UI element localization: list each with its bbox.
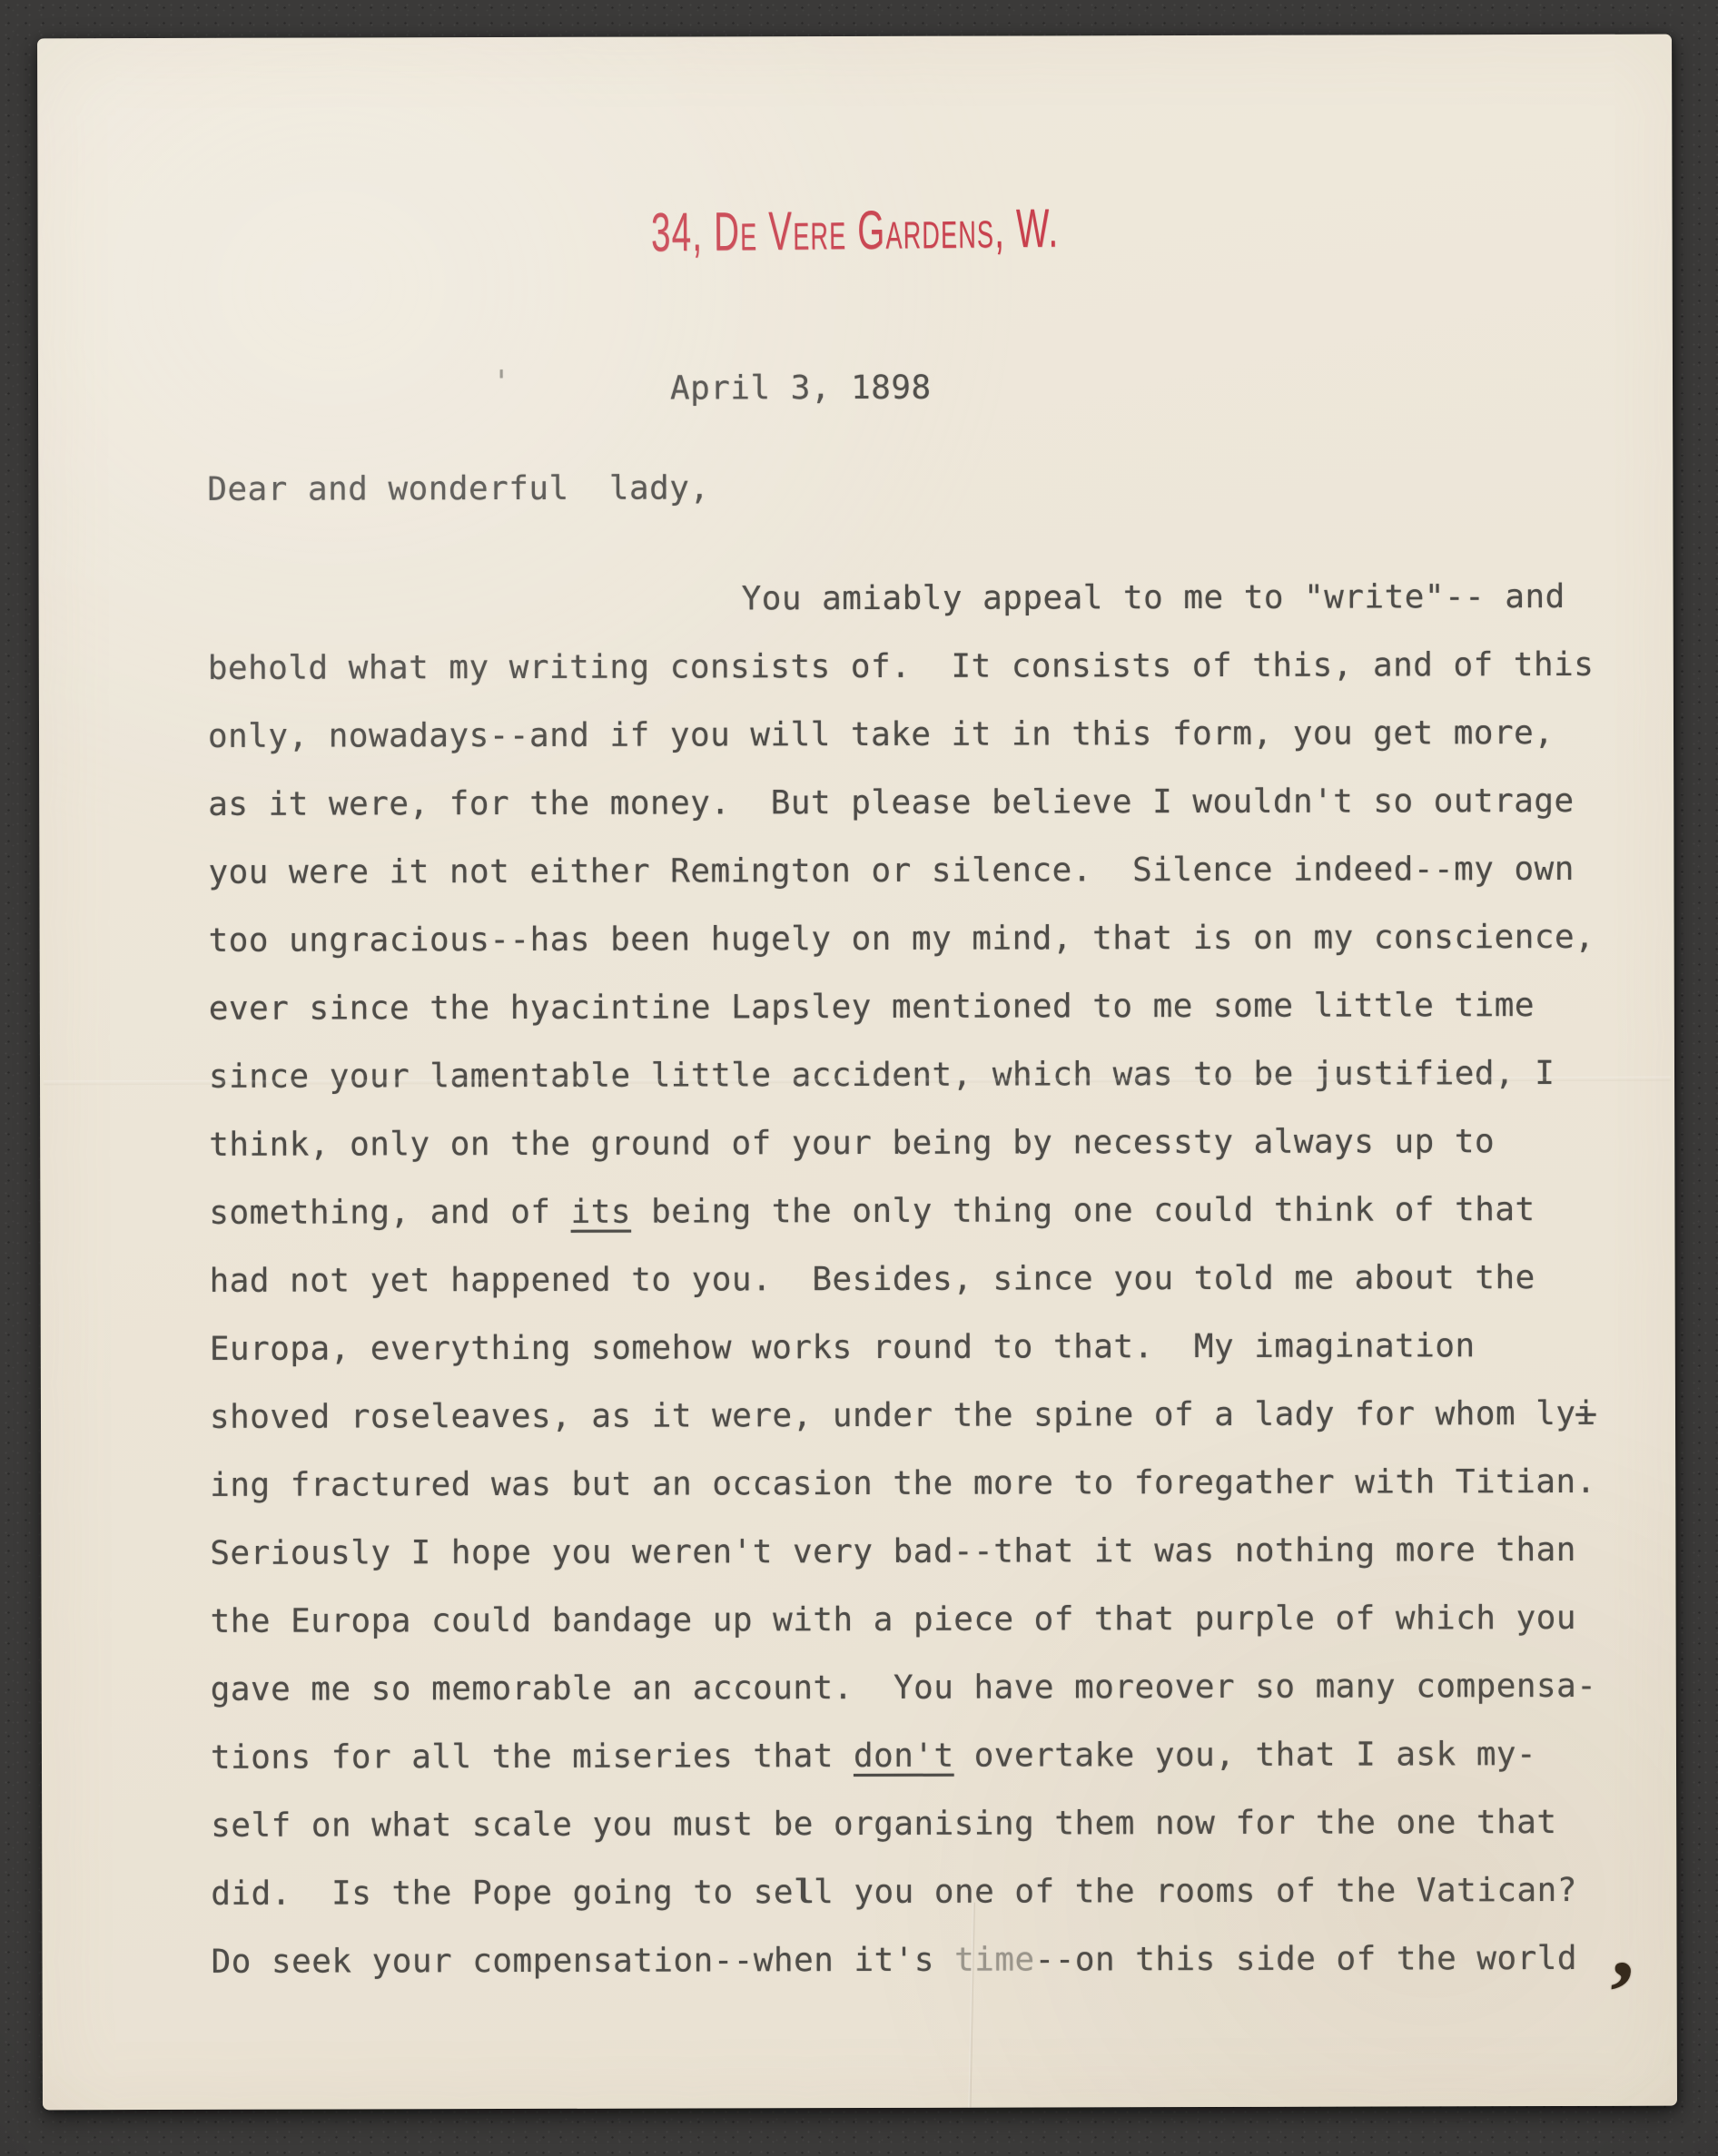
letter-text: Europa, everything somehow works round t… (210, 1327, 1476, 1368)
letter-text: since your lamentable little accident, w… (209, 1055, 1555, 1096)
letter-text: l you one of the rooms of the Vatican? (814, 1872, 1577, 1911)
letter-line: ever since the hyacintine Lapsley mentio… (209, 971, 1671, 1043)
letter-line: you were it not either Remington or sile… (208, 835, 1670, 907)
letter-line: too ungracious--has been hugely on my mi… (209, 903, 1671, 975)
letter-text: Seriously I hope you weren't very bad--t… (210, 1531, 1576, 1572)
letter-line: did. Is the Pope going to sell you one o… (211, 1856, 1673, 1928)
letter-text: as it were, for the money. But please be… (208, 783, 1575, 823)
letter-line: had not yet happened to you. Besides, si… (210, 1244, 1672, 1315)
letter-text: overtake you, that I ask my- (954, 1736, 1537, 1775)
letter-line: Do seek your compensation--when it's tim… (211, 1925, 1673, 1996)
letter-text: --on this side of the world (1035, 1940, 1577, 1979)
stray-ink-mark: ' (492, 364, 511, 400)
letter-body: You amiably appeal to me to "write"-- an… (208, 563, 1674, 1996)
letter-paper: 34, De Vere Gardens, W. ' April 3, 1898 … (37, 34, 1677, 2111)
letterhead-row: 34, De Vere Gardens, W. (37, 199, 1672, 277)
letter-scan: { "colors": { "background": "#3b3a39", "… (0, 0, 1718, 2156)
letter-text: You amiably appeal to me to "write"-- an… (742, 578, 1565, 617)
letter-text: ing fractured was but an occasion the mo… (210, 1463, 1596, 1504)
letter-date: April 3, 1898 (670, 354, 932, 423)
letter-salutation: Dear and wonderful lady, (207, 454, 709, 523)
letter-text: think, only on the ground of your being … (209, 1123, 1495, 1164)
letter-text-u: its (571, 1194, 631, 1231)
letterhead-address: 34, De Vere Gardens, W. (651, 199, 1060, 263)
letter-text: ever since the hyacintine Lapsley mentio… (209, 987, 1535, 1028)
letter-text: had not yet happened to you. Besides, si… (210, 1259, 1535, 1300)
letter-text: too ungracious--has been hugely on my mi… (209, 919, 1595, 960)
letter-line: behold what my writing consists of. It c… (208, 631, 1670, 703)
letter-text: gave me so memorable an account. You hav… (211, 1668, 1597, 1708)
letter-text: tions for all the miseries that (211, 1738, 854, 1777)
letter-line: the Europa could bandage up with a piece… (210, 1584, 1672, 1656)
letter-line: think, only on the ground of your being … (209, 1108, 1671, 1179)
letter-text: self on what scale you must be organisin… (211, 1804, 1556, 1845)
letter-text: did. Is the Pope going to se (211, 1874, 794, 1913)
letter-line: tions for all the miseries that don't ov… (211, 1720, 1673, 1792)
letter-line: shoved roseleaves, as it were, under the… (210, 1380, 1672, 1452)
letter-text: behold what my writing consists of. It c… (208, 646, 1595, 687)
letter-line: gave me so memorable an account. You hav… (211, 1652, 1673, 1724)
letter-line: since your lamentable little accident, w… (209, 1039, 1671, 1111)
letter-line: ing fractured was but an occasion the mo… (210, 1448, 1672, 1520)
letter-text-faint: time (954, 1941, 1035, 1978)
letter-text: you were it not either Remington or sile… (208, 851, 1575, 891)
letter-text: something, and of (209, 1194, 570, 1232)
letter-line: self on what scale you must be organisin… (211, 1788, 1673, 1860)
letter-text: being the only thing one could think of … (631, 1191, 1535, 1231)
letter-line: something, and of its being the only thi… (209, 1176, 1671, 1247)
letter-text-u: don't (854, 1738, 954, 1775)
letter-text: the Europa could bandage up with a piece… (211, 1600, 1577, 1640)
letter-text: only, nowadays--and if you will take it … (208, 714, 1554, 755)
letter-line: as it were, for the money. But please be… (208, 767, 1670, 839)
letter-text-dbl: l (794, 1874, 814, 1911)
letter-line: Europa, everything somehow works round t… (210, 1312, 1672, 1383)
letter-line: Seriously I hope you weren't very bad--t… (210, 1516, 1672, 1588)
letter-line: You amiably appeal to me to "write"-- an… (208, 563, 1670, 635)
letter-line: only, nowadays--and if you will take it … (208, 699, 1670, 771)
letter-text: Do seek your compensation--when it's (212, 1942, 955, 1981)
letter-text: shoved roseleaves, as it were, under the… (210, 1395, 1576, 1436)
letter-text-strike: i (1575, 1395, 1595, 1432)
